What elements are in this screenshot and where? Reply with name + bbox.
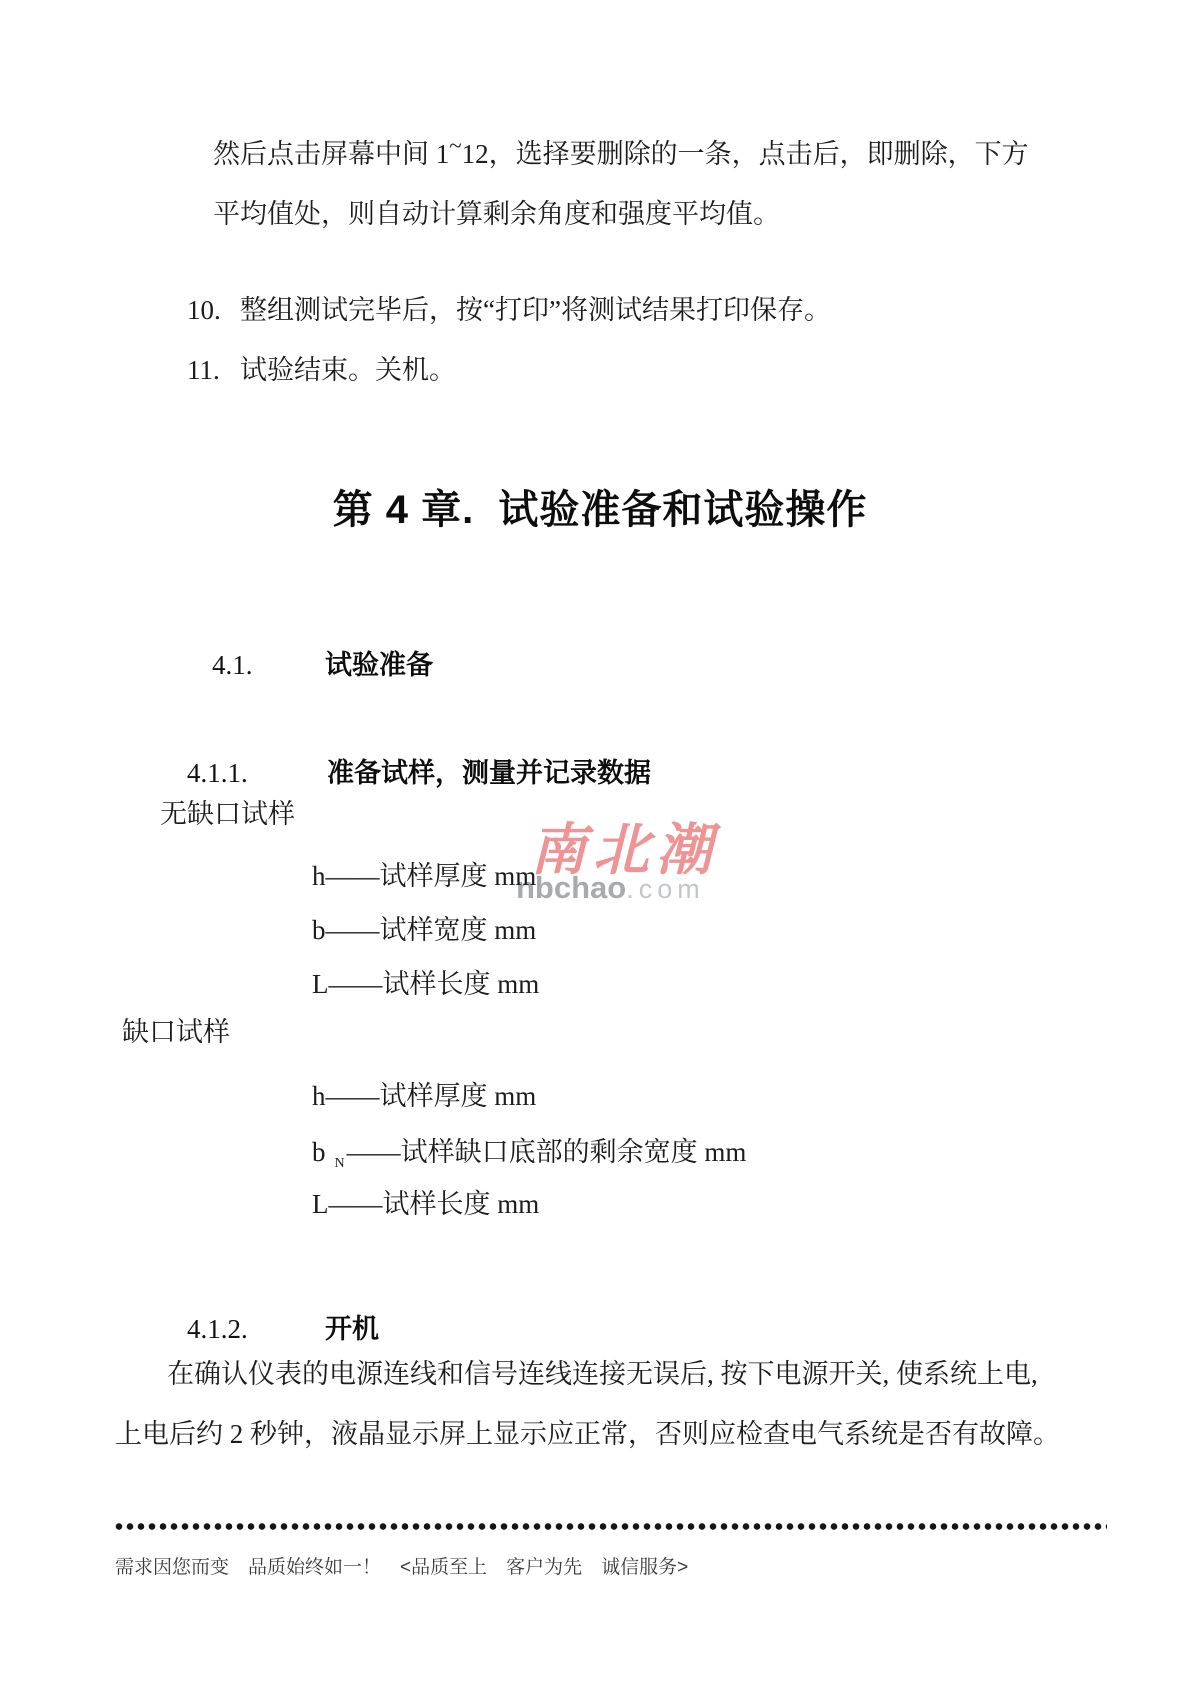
intro-line-1-prefix: 然后点击屏幕中间 1 [213,139,449,169]
footer-dotted-divider [115,1522,1107,1531]
step-text: 试验结束。关机。 [240,355,456,385]
power-on-paragraph-line-2: 上电后约 2 秒钟，液晶显示屏上显示应正常，否则应检查电气系统是否有故障。 [115,1418,1060,1450]
step-number: 11. [187,354,240,386]
section-title: 准备试样，测量并记录数据 [327,758,651,788]
section-title: 开机 [325,1314,379,1344]
watermark-domain-rest: .com [626,874,705,904]
chapter-title: 第 4 章. 试验准备和试验操作 [0,478,1200,535]
unnotched-item-h: h——试样厚度 mm [312,860,536,892]
notched-item-b-subscript: N [335,1156,345,1171]
notched-item-b: bN——试样缺口底部的剩余宽度 mm [312,1136,746,1173]
unnotched-item-l: L——试样长度 mm [312,968,539,1000]
step-text: 整组测试完毕后，按“打印”将测试结果打印保存。 [240,295,831,325]
intro-line-1-tilde: ~ [449,133,461,158]
unnotched-item-b: b——试样宽度 mm [312,914,536,946]
footer-slogan: 需求因您而变 品质始终如一！ <品质至上 客户为先 诚信服务> [115,1552,688,1579]
step-item-11: 11.试验结束。关机。 [160,322,456,419]
notched-item-h: h——试样厚度 mm [312,1080,536,1112]
intro-line-2: 平均值处，则自动计算剩余角度和强度平均值。 [213,198,780,230]
section-number: 4.1.2. [187,1314,325,1345]
intro-line-1-suffix: 12，选择要删除的一条，点击后，即删除，下方 [462,139,1029,169]
section-number: 4.1.1. [187,758,327,789]
section-number: 4.1. [212,650,325,681]
notched-item-b-base: b [312,1137,326,1167]
notched-item-b-rest: ——试样缺口底部的剩余宽度 mm [347,1137,747,1167]
notched-specimen-label: 缺口试样 [122,1016,230,1048]
section-title: 试验准备 [325,650,433,680]
unnotched-specimen-label: 无缺口试样 [160,798,295,830]
power-on-paragraph-line-1: 在确认仪表的电源连线和信号连线连接无误后, 按下电源开关, 使系统上电, [167,1358,1038,1390]
section-4-1-heading: 4.1.试验准备 [185,612,433,713]
notched-item-l: L——试样长度 mm [312,1188,539,1220]
document-page: 南北潮 nbchao.com 然后点击屏幕中间 1~12，选择要删除的一条，点击… [0,0,1200,1697]
intro-line-1: 然后点击屏幕中间 1~12，选择要删除的一条，点击后，即删除，下方 [213,138,1029,170]
